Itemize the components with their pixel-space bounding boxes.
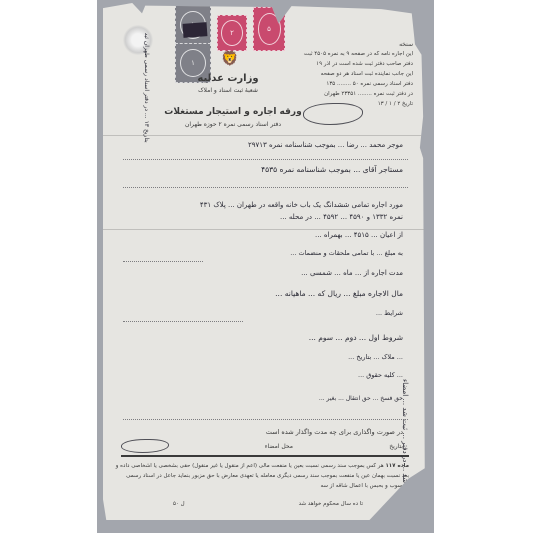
document-paper: ۱ ۱ ۲ ۵ 🦁 وزارت عدلیه شعبهٔ ثبت اسناد و … [103,3,428,520]
dotted-line [123,261,203,262]
party-signature [121,439,169,453]
registry-line: دفتر اسناد رسمی نمره ۵۰ ........ ۱۳۵ [281,81,413,87]
transfer-question: در صورت واگذاری برای چه مدت واگذار شده ا… [183,428,403,436]
cancellation-mark [183,22,208,38]
body-line: مدت اجاره از ... ماه ... شمسی ... [113,269,403,277]
ministry-name: وزارت عدلیه [173,73,283,84]
lessee-line: مستاجر آقای ... بموجب شناسنامه نمره ۴۵۳۵ [133,165,403,174]
fold-line [103,135,428,136]
revenue-stamp-red: ۲ [217,15,247,51]
body-line: ... کلیه حقوق ... [113,371,403,379]
article-117-text: ماده ۱۱۷ هر کس بموجب سند رسمی نسبت بعین … [113,461,409,501]
registry-line: این اجاره نامه که در صفحه ۹ به نمره ۴۵۰۵… [281,51,413,57]
registrar-signature [303,103,363,125]
stamp-value: ۲ [230,29,234,37]
body-line: ... ملاک ... بتاریخ ... [113,353,403,361]
registry-line: این جانب نماینده ثبت اسناد هر دو صفحه [281,71,413,77]
dotted-line [123,159,408,160]
ministry-subtitle: شعبهٔ ثبت اسناد و املاک [173,87,283,94]
body-line: مورد اجاره تمامی ششدانگ یک باب خانه واقع… [113,201,403,209]
body-line: شروط اول ... دوم ... سوم ... [113,333,403,342]
stamp-value: ۱ [191,59,195,67]
article-body: هر کس بموجب سند رسمی نسبت بعین یا منفعت … [116,463,409,489]
body-line: شرایط ... [113,309,403,317]
body-line: نمره ۱۳۳۲ و ۴۵۹۰ ... ۴۵۹۲ ... در محله ..… [113,213,403,221]
footer-divider [121,455,409,457]
lion-and-sun-emblem: 🦁 [221,51,238,67]
left-margin-note: بتاریخ ۱۳ ... در دفتر اسناد رسمی طهران ث… [143,33,150,143]
article-tail: تا ده سال محکوم خواهد شد [243,501,363,507]
right-margin-note: ملاحظه شد ... در دفتر ... ثبت شد ... امض… [401,127,409,507]
document-title: ورقه اجاره و استیجار مستغلات [163,107,303,117]
date-label: بتاریخ [333,443,403,450]
form-number: ل ۵۰ [173,501,203,507]
office-line: دفتر اسناد رسمی نمره ۲ حوزه طهران [163,121,303,128]
body-line: مال الاجاره مبلغ ... ریال که ... ماهیانه… [113,289,403,298]
lessor-line: موجر محمد ... رضا ... بموجب شناسنامه نمر… [133,141,403,149]
registry-line: دفتر صاحب دفتر ثبت شده است در آذر ۱۹ [281,61,413,67]
fold-line [103,229,428,230]
body-line: حق فسخ ... حق انتقال ... بغیر ... [113,395,403,402]
dotted-line [123,187,408,188]
body-line: از اعیان ... ۴۵۱۵ ... بهمراه ... [113,231,403,239]
body-line: به مبلغ ... با تمامی ملحقات و منضمات ... [113,249,403,257]
registry-heading: سنخه [343,41,413,48]
signature-place-label: محل امضاء [243,443,293,450]
stamp-value: ۵ [267,25,271,33]
registry-line: در دفتر ثبت نمره ........ ۲۳۳۵۱ طهران [281,91,413,97]
dotted-line [123,419,408,420]
dotted-line [123,321,243,322]
